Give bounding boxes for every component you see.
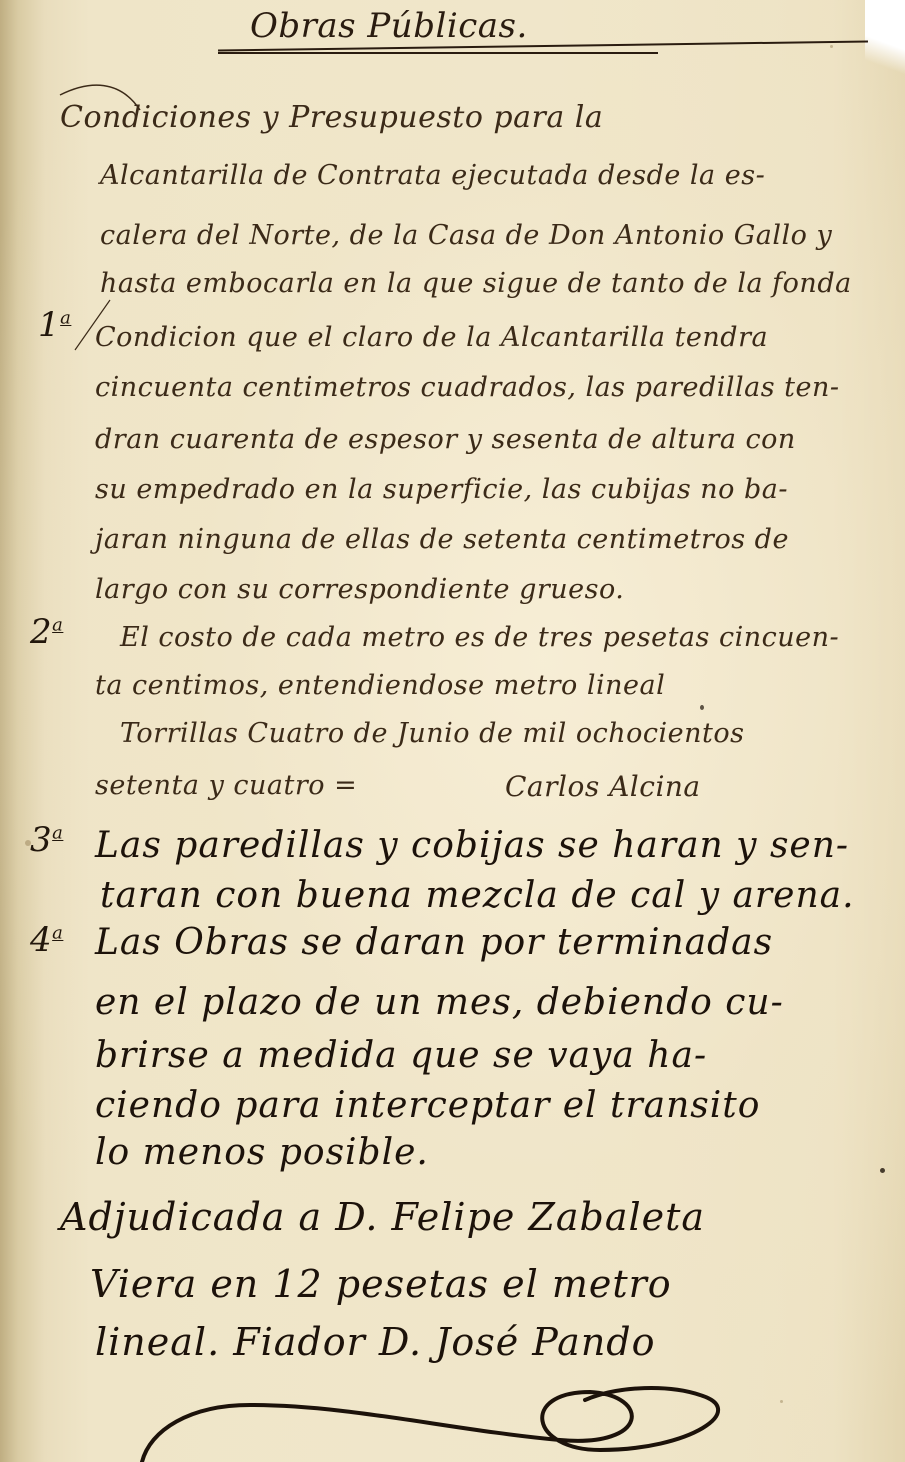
- manuscript-page: Obras Públicas. Condiciones y Presupuest…: [0, 0, 905, 1462]
- signature-flourish: [0, 0, 905, 1462]
